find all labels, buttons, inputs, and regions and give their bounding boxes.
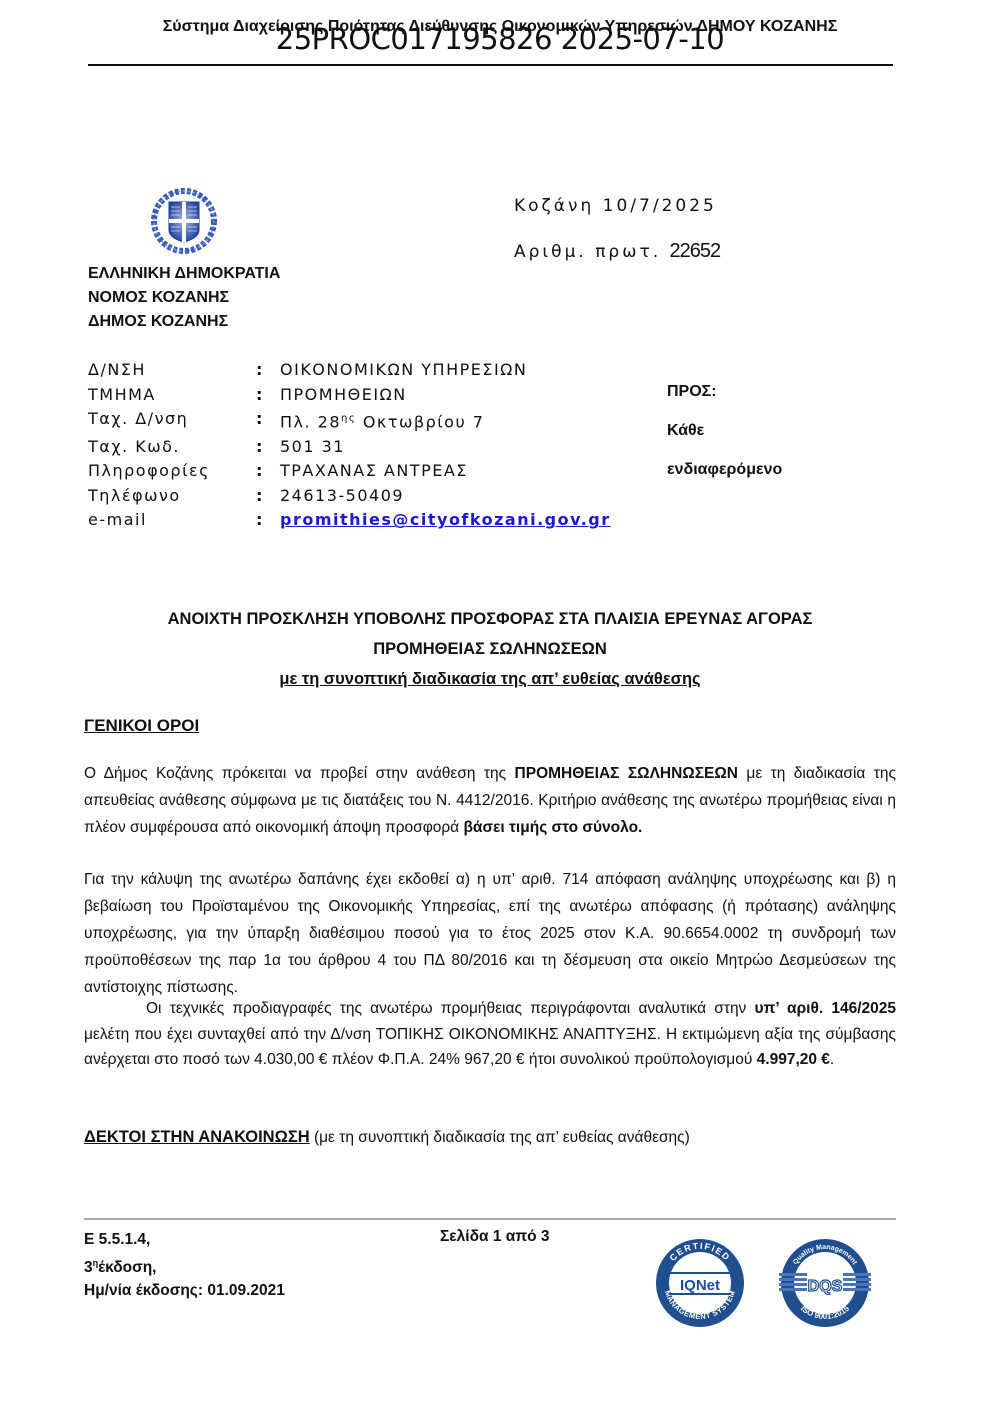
title-line2: ΠΡΟΜΗΘΕΙΑΣ ΣΩΛΗΝΩΣΕΩΝ: [0, 634, 980, 664]
recipients-section: ΔΕΚΤΟΙ ΣΤΗΝ ΑΝΑΚΟΙΝΩΣΗ (με τη συνοπτική …: [84, 1128, 690, 1147]
info-row-postcode: Ταχ. Κωδ. : 501 31: [88, 435, 611, 460]
paragraph-text: Ο Δήμος Κοζάνης πρόκειται να προβεί στην…: [84, 765, 515, 782]
svg-text:DQS: DQS: [808, 1278, 843, 1295]
title-line3: με τη συνοπτική διαδικασία της απ’ ευθεί…: [279, 670, 700, 688]
title-line1: ΑΝΟΙΧΤΗ ΠΡΟΣΚΛΗΣΗ ΥΠΟΒΟΛΗΣ ΠΡΟΣΦΟΡΑΣ ΣΤΑ…: [0, 604, 980, 634]
info-separator: :: [256, 508, 280, 533]
footer-doc-info: Ε 5.5.1.4, 3ηέκδοση, Ημ/νία έκδοσης: 01.…: [84, 1228, 285, 1303]
recipient-block: ΠΡΟΣ: Κάθε ενδιαφερόμενο: [667, 372, 782, 489]
footer-issue-date: Ημ/νία έκδοσης: 01.09.2021: [84, 1279, 285, 1303]
paragraph-funding: Για την κάλυψη της ανωτέρω δαπάνης έχει …: [84, 866, 896, 1001]
footer-edition: 3ηέκδοση,: [84, 1252, 285, 1280]
address-post: Οκτωβρίου 7: [356, 412, 484, 431]
svg-text:IQNet: IQNet: [680, 1277, 720, 1294]
footer-rule: [84, 1218, 896, 1220]
info-label: Ταχ. Δ/νση: [88, 407, 256, 435]
edition-text: έκδοση,: [98, 1259, 156, 1276]
paragraph-text: Οι τεχνικές προδιαγραφές της ανωτέρω προ…: [146, 1000, 755, 1017]
info-label: Τηλέφωνο: [88, 484, 256, 509]
header-rule: [88, 64, 893, 66]
paragraph-bold: ΠΡΟΜΗΘΕΙΑΣ ΣΩΛΗΝΩΣΕΩΝ: [515, 765, 738, 782]
edition-number: 3: [84, 1259, 93, 1276]
info-label: Δ/ΝΣΗ: [88, 358, 256, 383]
info-label: ΤΜΗΜΑ: [88, 383, 256, 408]
info-row-phone: Τηλέφωνο : 24613-50409: [88, 484, 611, 509]
footer-code: Ε 5.5.1.4,: [84, 1228, 285, 1252]
iqnet-certified-logo-icon: CERTIFIED MANAGEMENT SYSTEM IQNet: [654, 1237, 746, 1329]
info-row-directorate: Δ/ΝΣΗ : ΟΙΚΟΝΟΜΙΚΩΝ ΥΠΗΡΕΣΙΩΝ: [88, 358, 611, 383]
info-value: 501 31: [280, 435, 345, 460]
email-link[interactable]: promithies@cityofkozani.gov.gr: [280, 508, 611, 533]
info-separator: :: [256, 435, 280, 460]
info-value: Πλ. 28ης Οκτωβρίου 7: [280, 407, 484, 435]
info-separator: :: [256, 459, 280, 484]
section-heading-general-terms: ΓΕΝΙΚΟΙ ΟΡΟΙ: [84, 716, 199, 736]
page-number: Σελίδα 1 από 3: [440, 1228, 550, 1246]
info-row-contact-person: Πληροφορίες : ΤΡΑΧΑΝΑΣ ΑΝΤΡΕΑΣ: [88, 459, 611, 484]
paragraph-award: Ο Δήμος Κοζάνης πρόκειται να προβεί στην…: [84, 760, 896, 841]
info-label: Πληροφορίες: [88, 459, 256, 484]
protocol-line: Αριθμ. πρωτ. 22652: [514, 240, 720, 284]
place-date: Κοζάνη 10/7/2025: [514, 196, 720, 240]
paragraph-bold: βάσει τιμής στο σύνολο.: [463, 819, 642, 836]
paragraph-bold: 4.997,20 €: [757, 1051, 830, 1068]
document-title: ΑΝΟΙΧΤΗ ΠΡΟΣΚΛΗΣΗ ΥΠΟΒΟΛΗΣ ΠΡΟΣΦΟΡΑΣ ΣΤΑ…: [0, 604, 980, 694]
issuer-municipality: ΔΗΜΟΣ ΚΟΖΑΝΗΣ: [88, 310, 280, 334]
contact-info-table: Δ/ΝΣΗ : ΟΙΚΟΝΟΜΙΚΩΝ ΥΠΗΡΕΣΙΩΝ ΤΜΗΜΑ : ΠΡ…: [88, 358, 611, 533]
recipient-label: ΠΡΟΣ:: [667, 372, 782, 411]
info-separator: :: [256, 358, 280, 383]
paragraph-specifications: Οι τεχνικές προδιαγραφές της ανωτέρω προ…: [84, 996, 896, 1073]
info-row-address: Ταχ. Δ/νση : Πλ. 28ης Οκτωβρίου 7: [88, 407, 611, 435]
protocol-label: Αριθμ. πρωτ.: [514, 242, 670, 262]
protocol-number: 22652: [670, 240, 721, 262]
info-separator: :: [256, 484, 280, 509]
protocol-stamp: 25PROC017195826 2025-07-10: [0, 22, 1000, 56]
issuer-prefecture: ΝΟΜΟΣ ΚΟΖΑΝΗΣ: [88, 286, 280, 310]
recipient-line2: ενδιαφερόμενο: [667, 450, 782, 489]
recipient-line1: Κάθε: [667, 411, 782, 450]
info-separator: :: [256, 383, 280, 408]
recipients-heading: ΔΕΚΤΟΙ ΣΤΗΝ ΑΝΑΚΟΙΝΩΣΗ: [84, 1128, 310, 1146]
info-row-email: e-mail : promithies@cityofkozani.gov.gr: [88, 508, 611, 533]
greek-coat-of-arms-icon: [150, 188, 218, 254]
info-row-department: ΤΜΗΜΑ : ΠΡΟΜΗΘΕΙΩΝ: [88, 383, 611, 408]
dqs-iso-9001-logo-icon: Quality Management ISO 9001:2015 DQS: [779, 1237, 871, 1329]
recipients-note: (με τη συνοπτική διαδικασία της απ’ ευθε…: [310, 1129, 690, 1146]
date-block: Κοζάνη 10/7/2025 Αριθμ. πρωτ. 22652: [514, 196, 720, 284]
info-separator: :: [256, 407, 280, 435]
paragraph-text: .: [830, 1051, 834, 1068]
paragraph-bold: υπ’ αριθ. 146/2025: [755, 1000, 897, 1017]
issuer-country: ΕΛΛΗΝΙΚΗ ΔΗΜΟΚΡΑΤΙΑ: [88, 262, 280, 286]
address-pre: Πλ. 28: [280, 412, 341, 431]
issuer-block: ΕΛΛΗΝΙΚΗ ΔΗΜΟΚΡΑΤΙΑ ΝΟΜΟΣ ΚΟΖΑΝΗΣ ΔΗΜΟΣ …: [88, 262, 280, 334]
info-value: ΤΡΑΧΑΝΑΣ ΑΝΤΡΕΑΣ: [280, 459, 468, 484]
info-value: 24613-50409: [280, 484, 404, 509]
info-value: ΠΡΟΜΗΘΕΙΩΝ: [280, 383, 407, 408]
info-label: e-mail: [88, 508, 256, 533]
info-value: ΟΙΚΟΝΟΜΙΚΩΝ ΥΠΗΡΕΣΙΩΝ: [280, 358, 527, 383]
address-sup: ης: [341, 413, 356, 424]
info-label: Ταχ. Κωδ.: [88, 435, 256, 460]
